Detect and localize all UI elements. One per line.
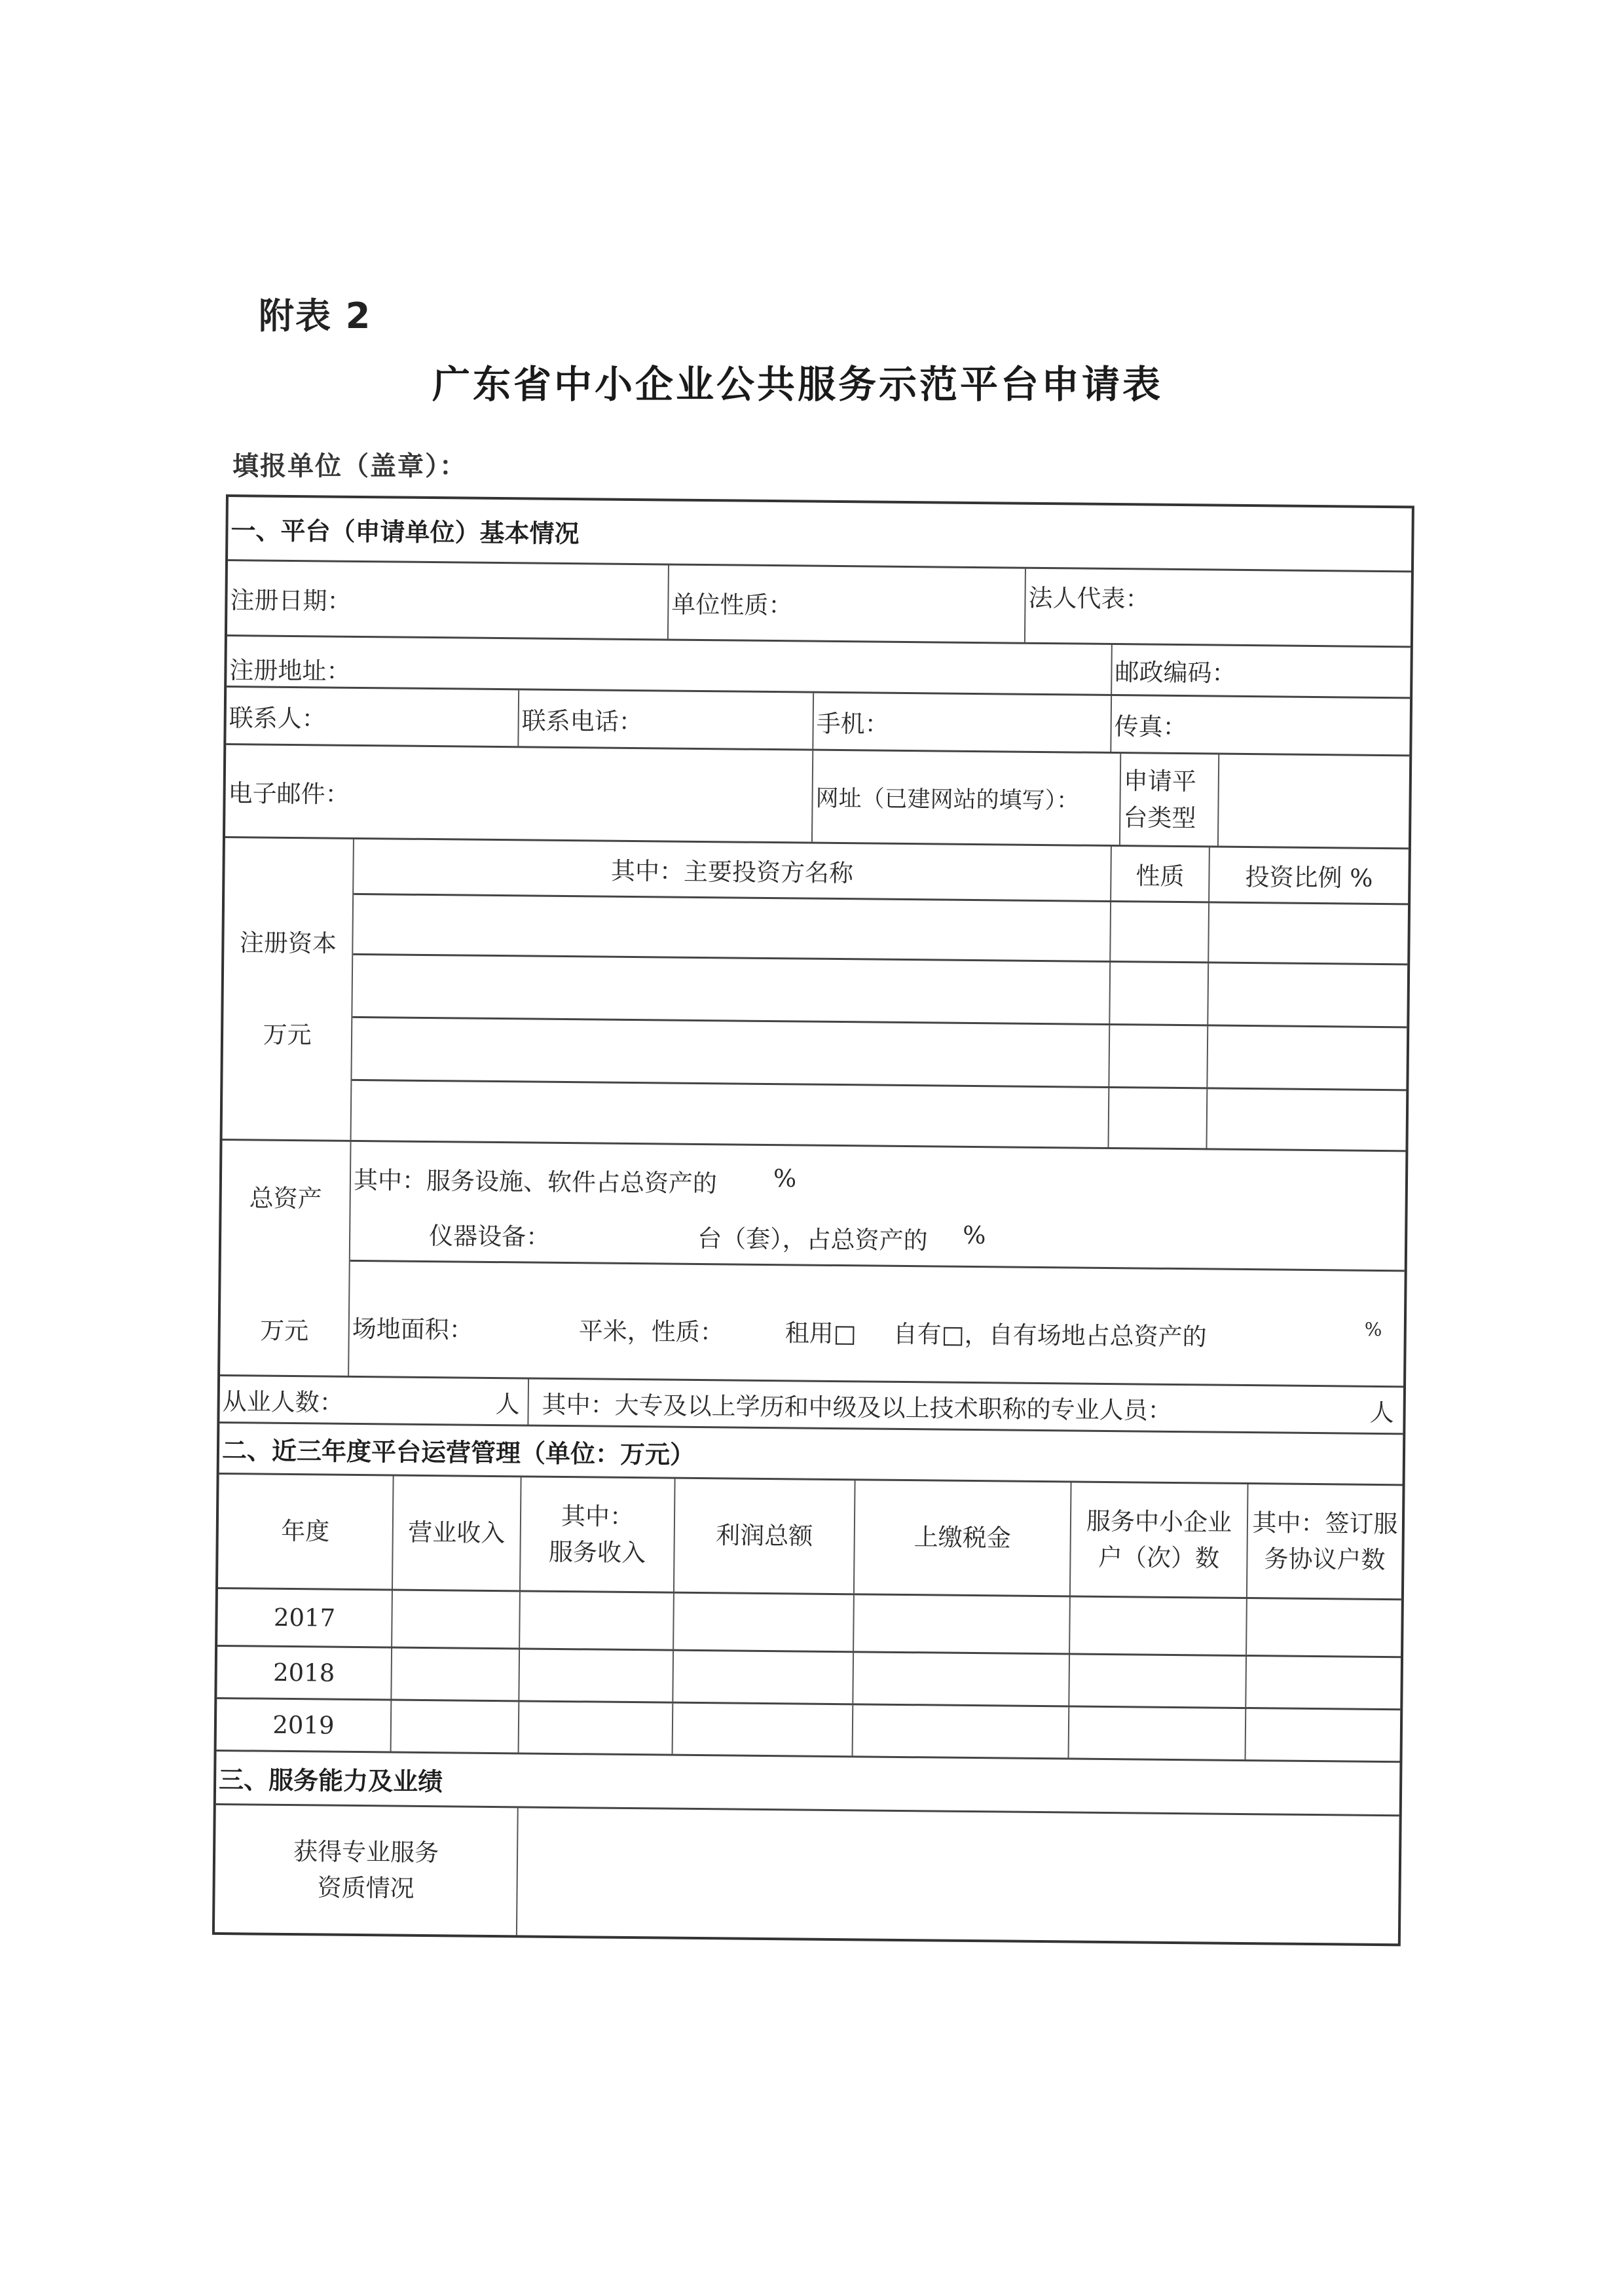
ops-service-revenue-input[interactable] [518,1649,673,1701]
ops-revenue-input[interactable] [390,1700,519,1752]
ops-service-revenue-input[interactable] [519,1592,673,1649]
investor-nature-input[interactable] [1109,902,1208,961]
postal-code-label: 邮政编码： [1115,652,1236,689]
ops-service-revenue-input[interactable] [518,1702,673,1753]
employees-field[interactable]: 从业人数： 人 [219,1376,528,1425]
contact-phone-label: 联系电话： [521,701,643,737]
fax-field[interactable]: 传真： [1110,696,1410,754]
qualification-label: 获得专业服务 资质情况 [215,1805,517,1935]
ops-agreements-input[interactable] [1245,1709,1401,1761]
qualification-label-line1: 获得专业服务 [293,1833,439,1871]
ops-header-agreements: 其中：签订服 务协议户数 [1246,1484,1403,1598]
ops-smes-input[interactable] [1068,1707,1246,1759]
registered-capital-label-line2: 万元 [263,1016,312,1053]
investor-nature-input[interactable] [1109,963,1208,1024]
reg-date-label: 注册日期： [230,580,352,617]
registered-capital-label: 注册资本 万元 [223,838,353,1140]
professional-staff-field[interactable]: 其中：大专及以上学历和中级及以上技术职称的专业人员： 人 [527,1379,1403,1433]
postal-code-field[interactable]: 邮政编码： [1111,645,1411,697]
investor-ratio-header: 投资比例 % [1208,847,1409,903]
investor-ratio-input[interactable] [1206,1089,1406,1152]
own-checkbox-option[interactable]: 自有□，自有场地占总资产的 [893,1314,1207,1353]
total-assets-label: 总资产 万元 [220,1141,350,1376]
ops-header-agreements-line2: 务协议户数 [1264,1541,1386,1578]
website-field[interactable]: 网址（已建网站的填写）： [811,751,1120,845]
reg-address-field[interactable]: 注册地址： [227,636,1111,694]
basic-info-row-4: 电子邮件： 网址（已建网站的填写）： 申请平 台类型 [225,743,1409,847]
ops-smes-input[interactable] [1068,1655,1246,1707]
registered-capital-label-line1: 注册资本 [240,925,337,962]
platform-type-field[interactable] [1217,755,1409,848]
total-assets-detail: 其中：服务设施、软件占总资产的 % 仪器设备： 台（套），占总资产的 % 场地面… [348,1142,1405,1386]
section1-heading-row: 一、平台（申请单位）基本情况 [228,497,1412,570]
ops-profit-input[interactable] [672,1704,853,1756]
investor-nature-input[interactable] [1107,1088,1206,1150]
qualification-input[interactable] [516,1808,1399,1943]
ops-tax-input[interactable] [852,1705,1069,1757]
platform-type-label-line1: 申请平 [1124,763,1197,800]
appendix-label: 附表 2 [259,288,371,339]
contact-field[interactable]: 联系人： [226,688,518,746]
qualification-label-line2: 资质情况 [317,1869,415,1907]
site-nature-label: 平米，性质： [579,1311,725,1348]
professional-staff-unit: 人 [1369,1392,1394,1427]
investor-nature-header: 性质 [1110,847,1209,901]
ops-header-year: 年度 [218,1475,393,1589]
ops-header-service-revenue-line2: 服务收入 [549,1534,646,1571]
application-form-table: 一、平台（申请单位）基本情况 注册日期： 单位性质： 法人代表： 注册地址： 邮… [212,494,1414,1946]
ops-header-smes-line2: 户（次）数 [1098,1539,1220,1577]
platform-type-label-line2: 台类型 [1123,799,1196,837]
total-assets-label-line1: 总资产 [249,1180,322,1217]
platform-type-label: 申请平 台类型 [1119,754,1218,845]
investor-row [352,953,1407,1026]
ops-header-smes-line1: 服务中小企业 [1086,1503,1232,1541]
ops-revenue-input[interactable] [390,1649,519,1700]
ops-agreements-input[interactable] [1245,1657,1401,1708]
qualification-row: 获得专业服务 资质情况 [215,1803,1399,1943]
ops-smes-input[interactable] [1069,1597,1246,1655]
ops-header-year-text: 年度 [281,1513,330,1550]
ops-year-cell: 2017 [217,1589,392,1647]
filler-unit-label: 填报单位（盖章）： [232,445,467,483]
ops-header-service-revenue-line1: 其中： [561,1497,635,1535]
investor-name-input[interactable] [352,1018,1109,1086]
email-field[interactable]: 电子邮件： [225,745,812,842]
mobile-label: 手机： [816,703,889,739]
operations-header-row: 年度 营业收入 其中： 服务收入 利润总额 上缴税金 服务中小企业 户（次）数 … [218,1473,1403,1598]
investor-ratio-input[interactable] [1206,1026,1407,1089]
contact-phone-field[interactable]: 联系电话： [517,690,813,748]
reg-address-label: 注册地址： [229,650,351,687]
email-label: 电子邮件： [228,773,350,810]
legal-rep-field[interactable]: 法人代表： [1024,569,1411,646]
investor-name-input[interactable] [353,895,1110,961]
ops-header-smes-served: 服务中小企业 户（次）数 [1069,1482,1247,1597]
investor-nature-input[interactable] [1108,1025,1207,1087]
basic-info-row-3: 联系人： 联系电话： 手机： 传真： [226,686,1410,754]
unit-nature-label: 单位性质： [671,585,793,621]
employees-unit: 人 [495,1384,520,1420]
investor-ratio-input[interactable] [1208,903,1408,963]
ops-agreements-input[interactable] [1246,1599,1401,1656]
ops-header-profit: 利润总额 [673,1479,855,1594]
mobile-field[interactable]: 手机： [812,693,1111,752]
ops-year-cell: 2018 [217,1647,391,1699]
ops-profit-input[interactable] [672,1651,853,1704]
investor-header-row: 其中：主要投资方名称 性质 投资比例 % [354,839,1409,903]
section1-heading: 一、平台（申请单位）基本情况 [228,497,1412,570]
ops-header-tax: 上缴税金 [853,1480,1071,1595]
assets-facilities-section[interactable]: 其中：服务设施、软件占总资产的 % 仪器设备： 台（套），占总资产的 % [350,1142,1406,1270]
professional-staff-label: 其中：大专及以上学历和中级及以上技术职称的专业人员： [542,1384,1172,1425]
investor-row [352,1016,1407,1089]
employees-label: 从业人数： [222,1382,344,1418]
equipment-mid: 台（套），占总资产的 [697,1219,928,1256]
website-label: 网址（已建网站的填写）： [815,780,1079,815]
ops-header-agreements-line1: 其中：签订服 [1252,1505,1398,1543]
basic-info-row-1: 注册日期： 单位性质： 法人代表： [227,559,1411,646]
ops-header-profit-text: 利润总额 [716,1518,813,1555]
ops-header-revenue-text: 营业收入 [408,1515,506,1552]
ops-tax-input[interactable] [852,1653,1069,1705]
total-assets-block: 总资产 万元 其中：服务设施、软件占总资产的 % 仪器设备： 台（套），占总资产… [220,1139,1405,1386]
reg-date-field[interactable]: 注册日期： [227,561,668,638]
legal-rep-label: 法人代表： [1028,578,1150,615]
investor-name-input[interactable] [352,1081,1109,1149]
own-site-percent: % [1365,1319,1382,1340]
investor-name-header: 其中：主要投资方名称 [354,839,1111,900]
ops-header-service-revenue: 其中： 服务收入 [519,1477,674,1591]
investor-row [353,893,1408,963]
ops-year-cell: 2019 [217,1699,391,1752]
ops-tax-input[interactable] [853,1595,1069,1653]
page-title: 广东省中小企业公共服务示范平台申请表 [432,354,1163,409]
site-area-prefix: 场地面积： [352,1309,474,1346]
ops-header-tax-text: 上缴税金 [913,1519,1011,1556]
total-assets-label-line2: 万元 [260,1312,309,1349]
ops-revenue-input[interactable] [391,1591,519,1648]
assets-facilities-prefix: 其中：服务设施、软件占总资产的 [354,1160,717,1199]
investor-ratio-input[interactable] [1207,963,1407,1026]
ops-row-2017: 2017 [217,1587,1401,1656]
ops-header-revenue: 营业收入 [392,1477,521,1590]
equipment-prefix: 仪器设备： [429,1216,551,1253]
site-area-section[interactable]: 场地面积： 平米，性质： 租用□ 自有□，自有场地占总资产的 % [349,1260,1405,1387]
fax-label: 传真： [1114,707,1187,743]
unit-nature-field[interactable]: 单位性质： [667,565,1025,642]
investor-table: 其中：主要投资方名称 性质 投资比例 % [350,839,1409,1150]
assets-facilities-percent: % [773,1164,797,1192]
investor-name-input[interactable] [352,955,1109,1023]
equipment-percent: % [963,1221,986,1249]
rent-checkbox-option[interactable]: 租用□ [785,1313,857,1349]
ops-profit-input[interactable] [673,1594,853,1651]
registered-capital-block: 注册资本 万元 其中：主要投资方名称 性质 投资比例 % [223,836,1409,1150]
contact-label: 联系人： [229,698,327,734]
